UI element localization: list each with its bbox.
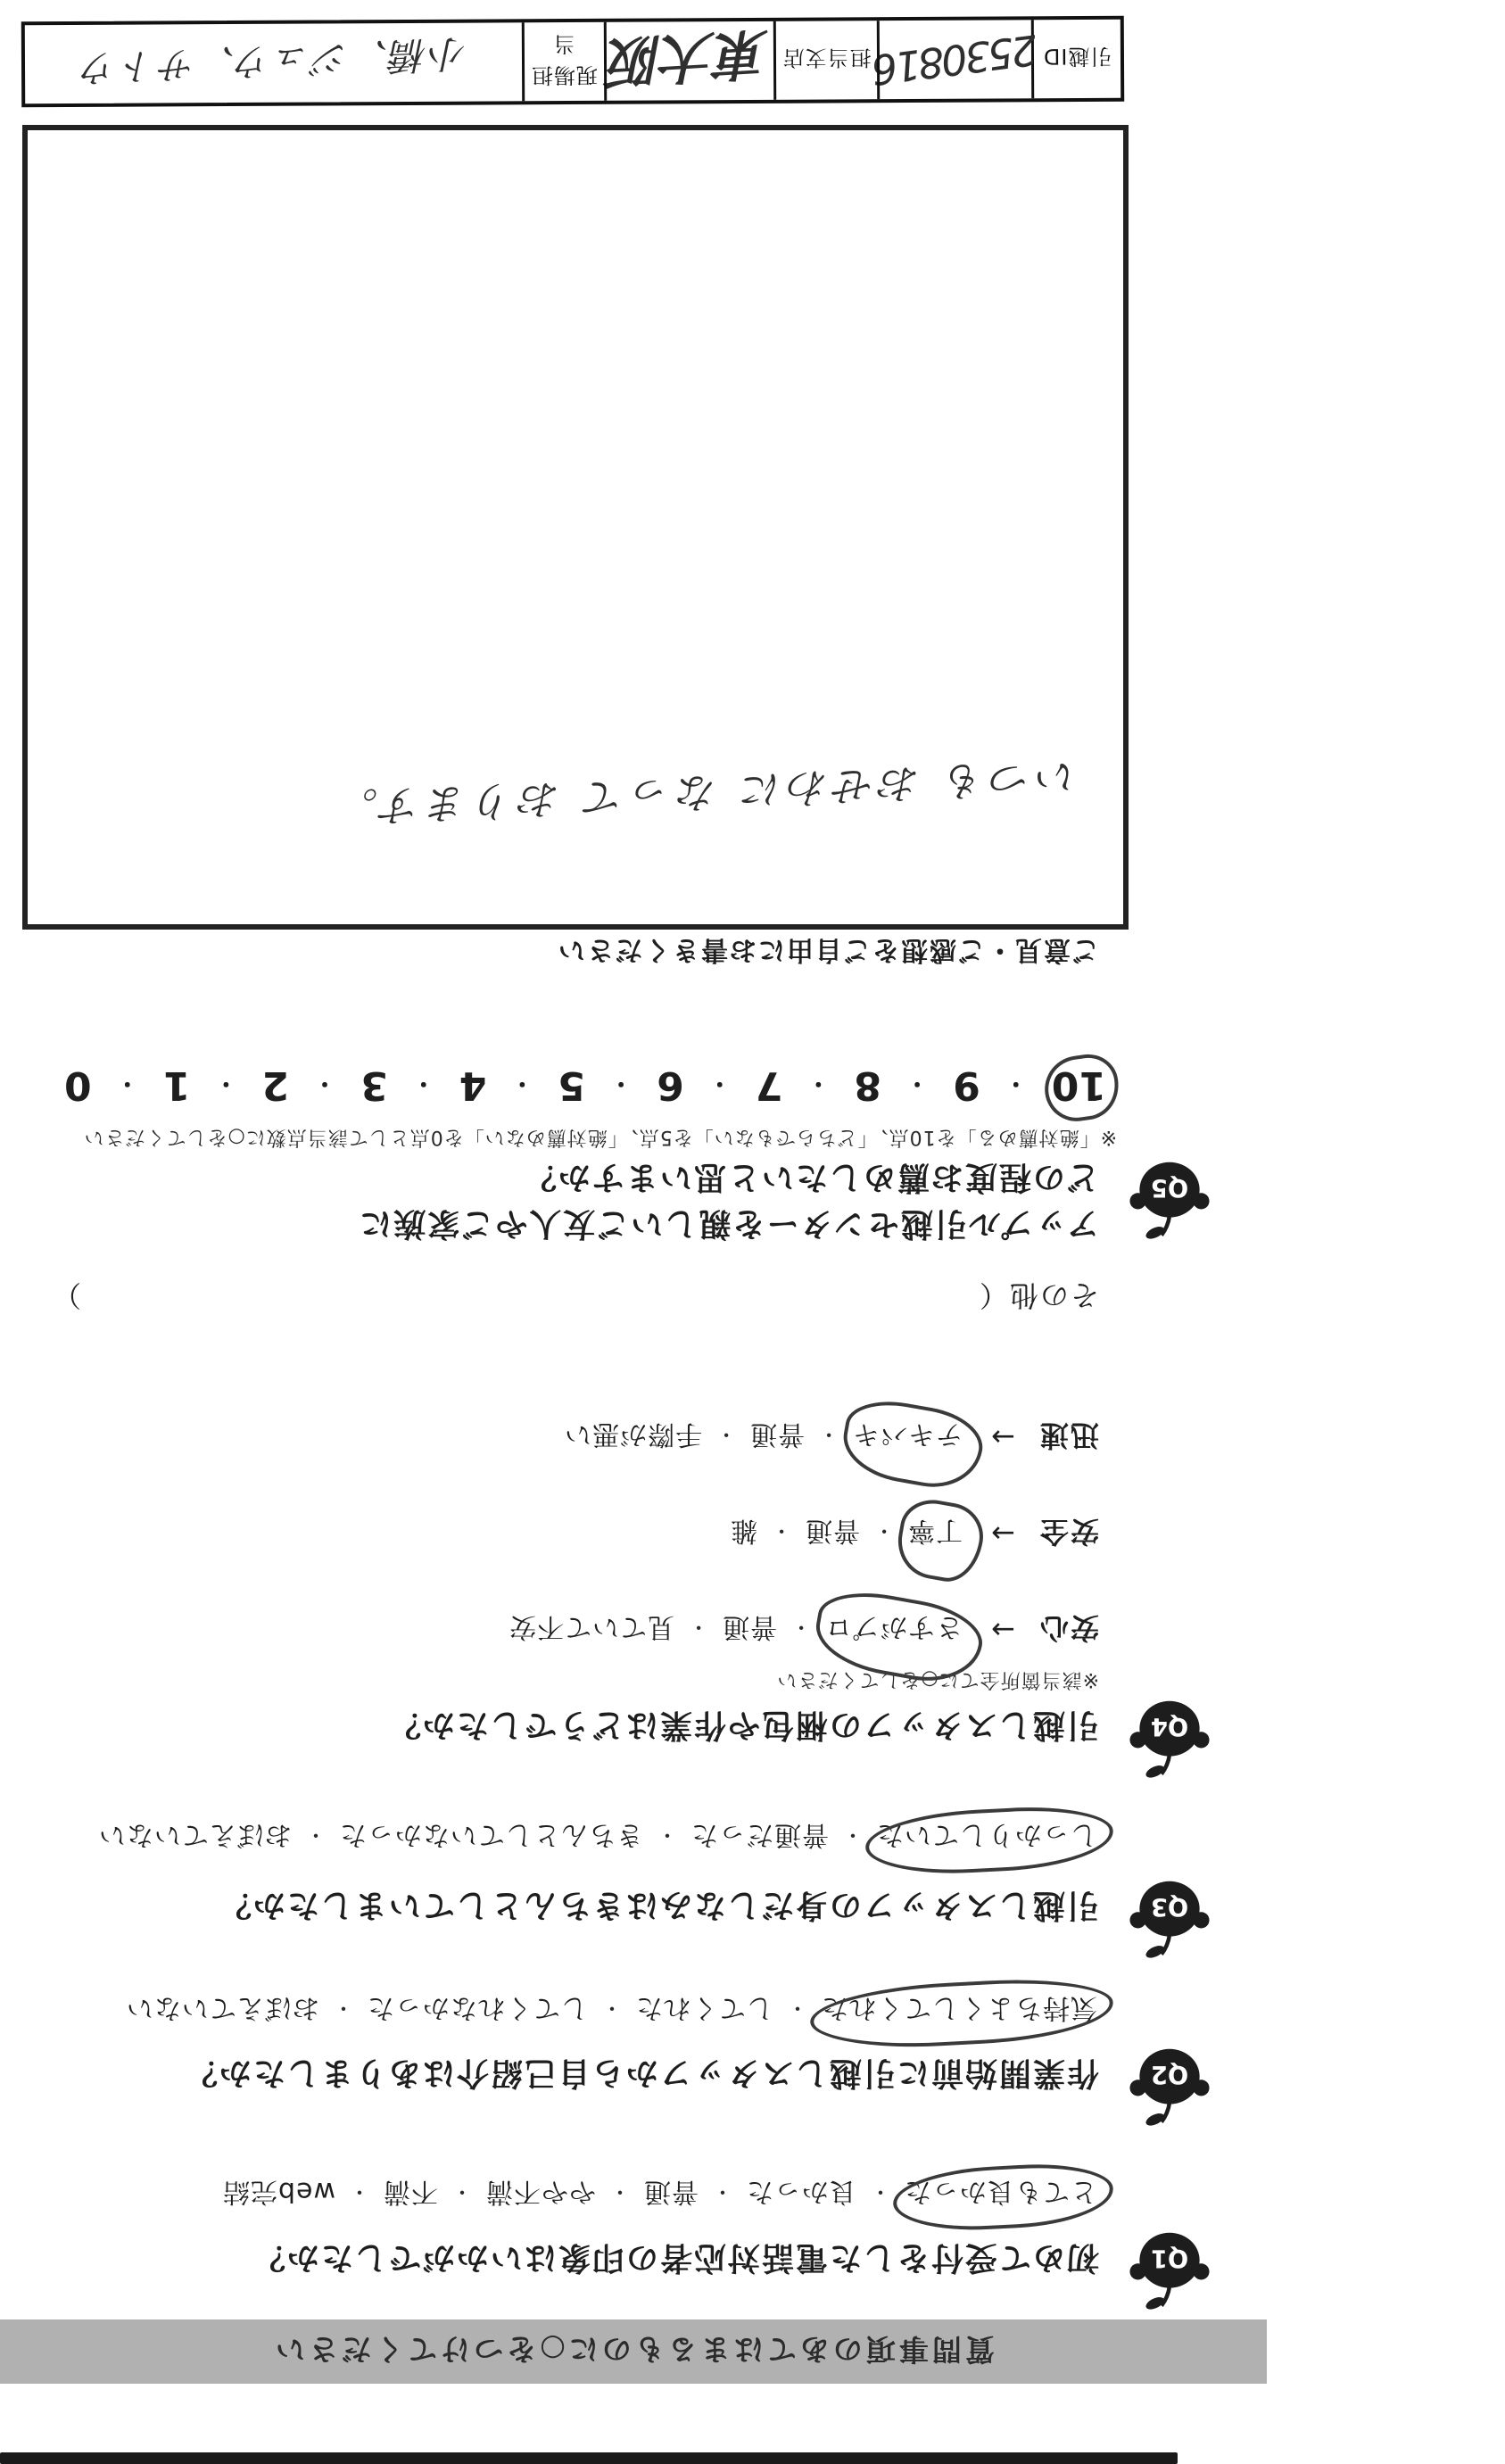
handwritten-branch-value: 東大阪 [608, 18, 773, 103]
q1-options: とても良かった・良かった・普通・やや不満・不満・web完結 [222, 2175, 1097, 2214]
apple-q3-icon: Q3 [1129, 1870, 1211, 1959]
option-separator: ・ [214, 1069, 237, 1102]
option-separator: ・ [116, 1069, 139, 1102]
staff-label: 現場担当 [525, 30, 604, 93]
option-separator: ・ [609, 1069, 633, 1102]
option-separator: ・ [348, 2179, 370, 2211]
option-separator: ・ [806, 1069, 830, 1102]
option-separator: ・ [841, 1823, 864, 1854]
apple-q5-icon: Q5 [1129, 1151, 1211, 1240]
option: 7 [756, 1062, 783, 1108]
option: 不満 [383, 2175, 438, 2214]
option-separator: ・ [1005, 1069, 1028, 1102]
option: おぼえていない [98, 1818, 292, 1857]
staff-value-cell: 小橋、ジュウ、サトウ [25, 22, 525, 103]
option: 普通 [643, 2175, 699, 2214]
q4-row-jinsoku: 迅速 → テキパキ・普通・手際が悪い [564, 1417, 1099, 1458]
q4-row-label: 迅速 [1038, 1417, 1099, 1458]
q4-other-close-paren: ） [51, 1277, 81, 1318]
handwritten-id-value: 2530816 [872, 25, 1040, 94]
option: 9 [953, 1062, 980, 1108]
option: 8 [854, 1062, 881, 1108]
nps-scale: 10・9・8・7・6・5・4・3・2・1・0 [64, 1062, 1106, 1108]
option-separator: ・ [608, 2179, 631, 2211]
option-separator: ・ [656, 1823, 678, 1854]
apple-q4-icon: Q4 [1129, 1690, 1211, 1779]
q4-icon-label: Q4 [1151, 1713, 1188, 1741]
option: web完結 [222, 2175, 335, 2214]
option-separator: ・ [687, 1615, 709, 1646]
q4-row-anshin: 安心 → さすがプロ・普通・見ていて不安 [509, 1609, 1099, 1650]
id-value-cell: 2530816 [880, 20, 1034, 99]
option-separator: ・ [412, 1069, 435, 1102]
arrow-icon: → [989, 1420, 1015, 1454]
q4-row-options: さすがプロ・普通・見ていて不安 [509, 1610, 963, 1650]
q3-heading: 引越しスタッフの身だしなみはきちんとしていましたか？ [218, 1885, 1099, 1931]
option: 手際が悪い [564, 1418, 702, 1457]
option-separator: ・ [905, 1069, 929, 1102]
option-separator: ・ [715, 1422, 737, 1453]
q2-heading: 作業開始前に引越しスタッフから自己紹介はありましたか？ [184, 2053, 1099, 2098]
option: してくれた [635, 1991, 773, 2030]
option: 1 [163, 1062, 191, 1108]
option-separator: ・ [600, 1996, 623, 2027]
arrow-icon: → [989, 1517, 1015, 1550]
option-separator: ・ [770, 1518, 792, 1550]
option: おぼえていない [126, 1991, 319, 2030]
option-separator: ・ [304, 1823, 327, 1854]
q4-note: ※該当箇所全てに○をしてください [776, 1667, 1099, 1695]
id-label-cell: 引越ID [1034, 20, 1120, 99]
id-label: 引越ID [1043, 43, 1112, 74]
footer-id-table: 引越ID 2530816 担当支店 東大阪 現場担当 小橋、ジュウ、サトウ [21, 16, 1124, 107]
question-block-q1: Q1 [1129, 2218, 1211, 2311]
option: 普通 [722, 1610, 777, 1650]
option: 3 [360, 1062, 388, 1108]
q4-other-row: その他（ ） [51, 1277, 1099, 1318]
option: 普通だった [690, 1818, 829, 1857]
option-selected-circled: 丁寧 [907, 1514, 963, 1553]
option: 普通 [805, 1514, 860, 1553]
q5-note: ※「絶対薦める」を10点、「どちらでもない」を5点、「絶対薦めない」を0点として… [84, 1125, 1117, 1153]
section-title-bar: 質問事項のあてはまるものに○をつけてください [0, 2319, 1267, 2384]
section-title: 質問事項のあてはまるものに○をつけてください [272, 2331, 995, 2373]
option: 6 [657, 1062, 684, 1108]
option-separator: ・ [708, 1069, 732, 1102]
question-block-q4: Q4 [1129, 1686, 1211, 1779]
question-block-q5: Q5 [1129, 1147, 1211, 1240]
option: 普通 [749, 1418, 805, 1457]
q4-row-label: 安心 [1038, 1609, 1099, 1650]
option-separator: ・ [313, 1069, 336, 1102]
option: 見ていて不安 [509, 1610, 674, 1650]
option-selected-circled: 気持ちよくしてくれた [821, 1991, 1097, 2030]
q5-heading-line1: アップル引越センターを親しいご友人やご家族に [358, 1203, 1099, 1249]
staff-label-cell: 現場担当 [525, 22, 607, 101]
q4-other-label: その他（ [978, 1277, 1099, 1318]
option-separator: ・ [790, 1615, 812, 1646]
option-separator: ・ [817, 1422, 839, 1453]
option: 良かった [746, 2175, 856, 2214]
q3-options: しっかりしていた・普通だった・きちんとしていなかった・おぼえていない [98, 1818, 1097, 1857]
apple-q1-icon: Q1 [1129, 2221, 1211, 2311]
branch-label-cell: 担当支店 [776, 21, 881, 100]
question-block-q3: Q3 [1129, 1866, 1211, 1959]
q4-heading: 引越しスタッフの梱包や作業はどうでしたか？ [387, 1705, 1099, 1750]
handwritten-staff-names: 小橋、ジュウ、サトウ [79, 29, 469, 97]
option: 0 [64, 1062, 92, 1108]
option-separator: ・ [711, 2179, 733, 2211]
option-separator: ・ [510, 1069, 533, 1102]
q3-icon-label: Q3 [1151, 1893, 1188, 1921]
q4-row-options: テキパキ・普通・手際が悪い [564, 1418, 963, 1457]
q1-icon-label: Q1 [1151, 2245, 1188, 2272]
option: きちんとしていなかった [339, 1818, 643, 1857]
scanned-survey-page: 質問事項のあてはまるものに○をつけてください Q1 初めて受付をした電話対応者の… [0, 0, 1505, 2464]
q2-icon-label: Q2 [1151, 2061, 1188, 2088]
q5-icon-label: Q5 [1151, 1174, 1188, 1202]
option-separator: ・ [451, 2179, 473, 2211]
q1-heading: 初めて受付をした電話対応者の印象はいかがでしたか？ [252, 2237, 1099, 2283]
apple-q2-icon: Q2 [1129, 2038, 1211, 2127]
comment-section-label: ご意見・ご感想をご自由にお書きください [557, 933, 1099, 972]
option-separator: ・ [786, 1996, 808, 2027]
option: やや不満 [485, 2175, 596, 2214]
option: 雑 [730, 1514, 757, 1553]
option-separator: ・ [332, 1996, 354, 2027]
scan-edge-artifact [0, 2452, 1178, 2464]
option: 5 [558, 1062, 585, 1108]
option-separator: ・ [869, 2179, 891, 2211]
q4-row-label: 安全 [1038, 1513, 1099, 1554]
question-block-q2: Q2 [1129, 2034, 1211, 2127]
option: 2 [261, 1062, 289, 1108]
option: してくれなかった [367, 1991, 588, 2030]
option-selected-circled: しっかりしていた [876, 1818, 1097, 1857]
q2-options: 気持ちよくしてくれた・してくれた・してくれなかった・おぼえていない [126, 1991, 1097, 2030]
option-selected-circled: とても良かった [904, 2175, 1097, 2214]
option-selected-circled: 10 [1052, 1062, 1106, 1108]
branch-label: 担当支店 [782, 45, 872, 77]
q5-heading-line2: どの程度お薦めしたいと思いますか？ [523, 1157, 1099, 1203]
branch-value-cell: 東大阪 [606, 21, 776, 101]
option: 4 [459, 1062, 487, 1108]
q4-row-anzen: 安全 → 丁寧・普通・雑 [730, 1513, 1099, 1554]
q4-row-options: 丁寧・普通・雑 [730, 1514, 963, 1553]
option-selected-circled: さすがプロ [824, 1610, 963, 1650]
option-selected-circled: テキパキ [852, 1418, 963, 1457]
arrow-icon: → [989, 1613, 1015, 1647]
option-separator: ・ [872, 1518, 895, 1550]
